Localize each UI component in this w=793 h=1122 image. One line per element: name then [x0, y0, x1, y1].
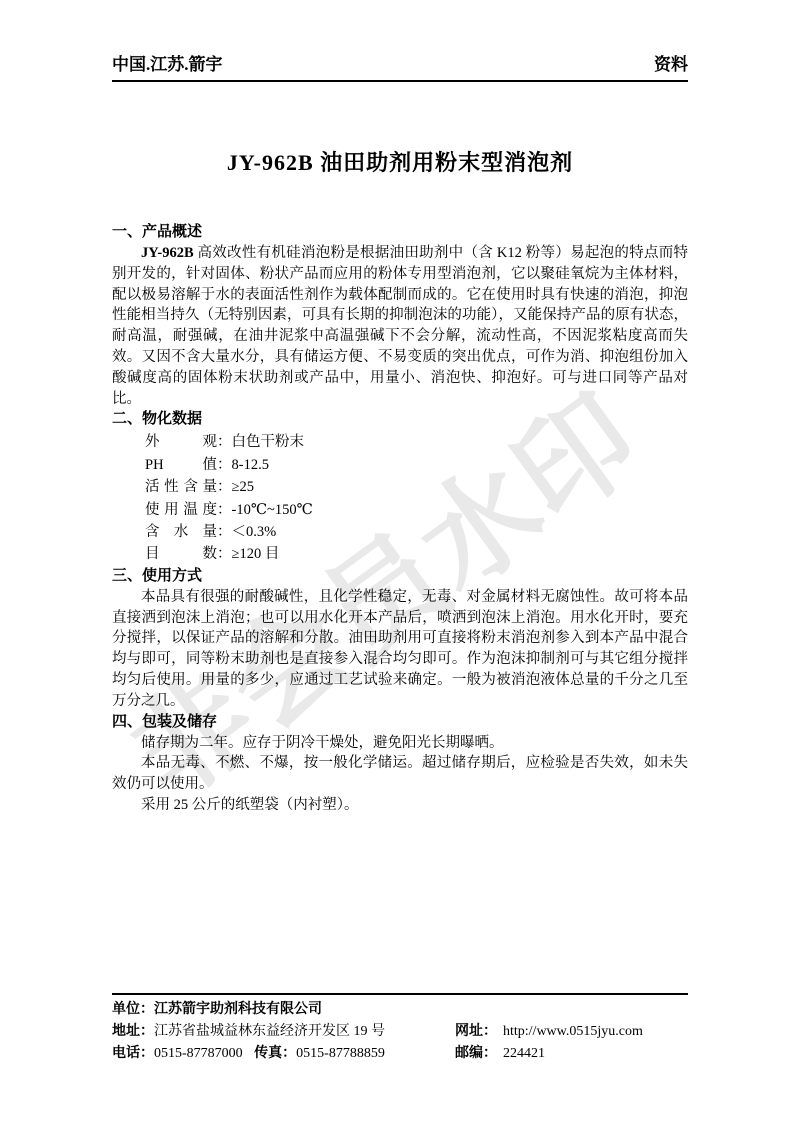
- spec-label: 使 用 温 度: [145, 499, 217, 521]
- page-footer: 单位：江苏箭宇助剂科技有限公司 地址：江苏省盐城益林东益经济开发区 19 号 网…: [112, 993, 688, 1065]
- spec-colon: ：: [217, 457, 232, 473]
- address-value: 江苏省盐城益林东益经济开发区 19 号: [154, 1024, 385, 1039]
- section-heading-properties: 二、物化数据: [112, 409, 688, 430]
- footer-row-phone: 电话：0515-87787000 传真：0515-87788859 邮编：224…: [112, 1043, 688, 1065]
- spec-colon: ：: [217, 434, 232, 450]
- footer-row-unit: 单位：江苏箭宇助剂科技有限公司: [112, 999, 688, 1021]
- spec-colon: ：: [217, 524, 232, 540]
- safety-paragraph: 本品无毒、不燃、不爆，按一般化学储运。超过储存期后，应检验是否失效，如未失效仍可…: [112, 753, 688, 795]
- section-heading-overview: 一、产品概述: [112, 222, 688, 243]
- header-doc-type: 资料: [654, 53, 688, 77]
- fax-label: 传真：: [254, 1046, 296, 1061]
- spec-row-active-content: 活 性 含 量：≥25: [145, 476, 688, 498]
- section-heading-packaging: 四、包装及储存: [112, 712, 688, 733]
- zip-value: 224421: [503, 1046, 545, 1061]
- usage-paragraph: 本品具有很强的耐酸碱性，且化学性稳定，无毒、对金属材料无腐蚀性。故可将本品直接洒…: [112, 587, 688, 712]
- zip-label: 邮编：: [455, 1046, 497, 1061]
- address-label: 地址：: [112, 1024, 154, 1039]
- spec-colon: ：: [217, 502, 232, 518]
- storage-paragraph: 储存期为二年。应存于阴冷干燥处，避免阳光长期曝晒。: [112, 733, 688, 754]
- spec-row-temperature: 使 用 温 度：-10℃~150℃: [145, 499, 688, 521]
- spec-value: ＜0.3%: [232, 524, 277, 540]
- spec-label: 目 数: [145, 543, 217, 565]
- spec-colon: ：: [217, 546, 232, 562]
- spec-label: 含 水 量: [145, 521, 217, 543]
- spec-value: ≥25: [232, 479, 254, 495]
- document-page: 非会员水印 中国.江苏.箭宇 资料 JY-962B 油田助剂用粉末型消泡剂 一、…: [0, 0, 793, 1122]
- fax-value: 0515-87788859: [296, 1046, 385, 1061]
- spec-row-appearance: 外 观：白色干粉末: [145, 431, 688, 453]
- spec-label: PH 值: [145, 454, 217, 476]
- section-heading-usage: 三、使用方式: [112, 566, 688, 587]
- spec-row-water-content: 含 水 量：＜0.3%: [145, 521, 688, 543]
- overview-text: 高效改性有机硅消泡粉是根据油田助剂中（含 K12 粉等）易起泡的特点而特别开发的…: [112, 245, 688, 407]
- spec-value: 白色干粉末: [232, 434, 305, 450]
- web-value: http://www.0515jyu.com: [503, 1024, 643, 1039]
- footer-zip: 邮编：224421: [455, 1043, 545, 1065]
- spec-row-ph: PH 值：8-12.5: [145, 454, 688, 476]
- spec-list: 外 观：白色干粉末 PH 值：8-12.5 活 性 含 量：≥25 使 用 温 …: [145, 431, 688, 565]
- phone-value: 0515-87787000: [154, 1046, 243, 1061]
- product-title: JY-962B 油田助剂用粉末型消泡剂: [112, 146, 688, 180]
- unit-label: 单位：: [112, 1002, 154, 1017]
- product-code-bold: JY-962B: [141, 245, 194, 261]
- page-header: 中国.江苏.箭宇 资料: [112, 0, 688, 82]
- unit-value: 江苏箭宇助剂科技有限公司: [154, 1002, 322, 1017]
- spec-label: 外 观: [145, 431, 217, 453]
- web-label: 网址：: [455, 1024, 497, 1039]
- overview-paragraph: JY-962B 高效改性有机硅消泡粉是根据油田助剂中（含 K12 粉等）易起泡的…: [112, 243, 688, 409]
- spec-value: 8-12.5: [232, 457, 269, 473]
- spec-value: -10℃~150℃: [232, 502, 313, 518]
- footer-row-address: 地址：江苏省盐城益林东益经济开发区 19 号 网址：http://www.051…: [112, 1021, 688, 1043]
- header-company-region: 中国.江苏.箭宇: [112, 53, 223, 77]
- phone-label: 电话：: [112, 1046, 154, 1061]
- spec-label: 活 性 含 量: [145, 476, 217, 498]
- package-paragraph: 采用 25 公斤的纸塑袋（内衬塑）。: [112, 795, 688, 816]
- spec-row-mesh: 目 数：≥120 目: [145, 543, 688, 565]
- spec-colon: ：: [217, 479, 232, 495]
- spec-value: ≥120 目: [232, 546, 280, 562]
- footer-web: 网址：http://www.0515jyu.com: [455, 1021, 643, 1043]
